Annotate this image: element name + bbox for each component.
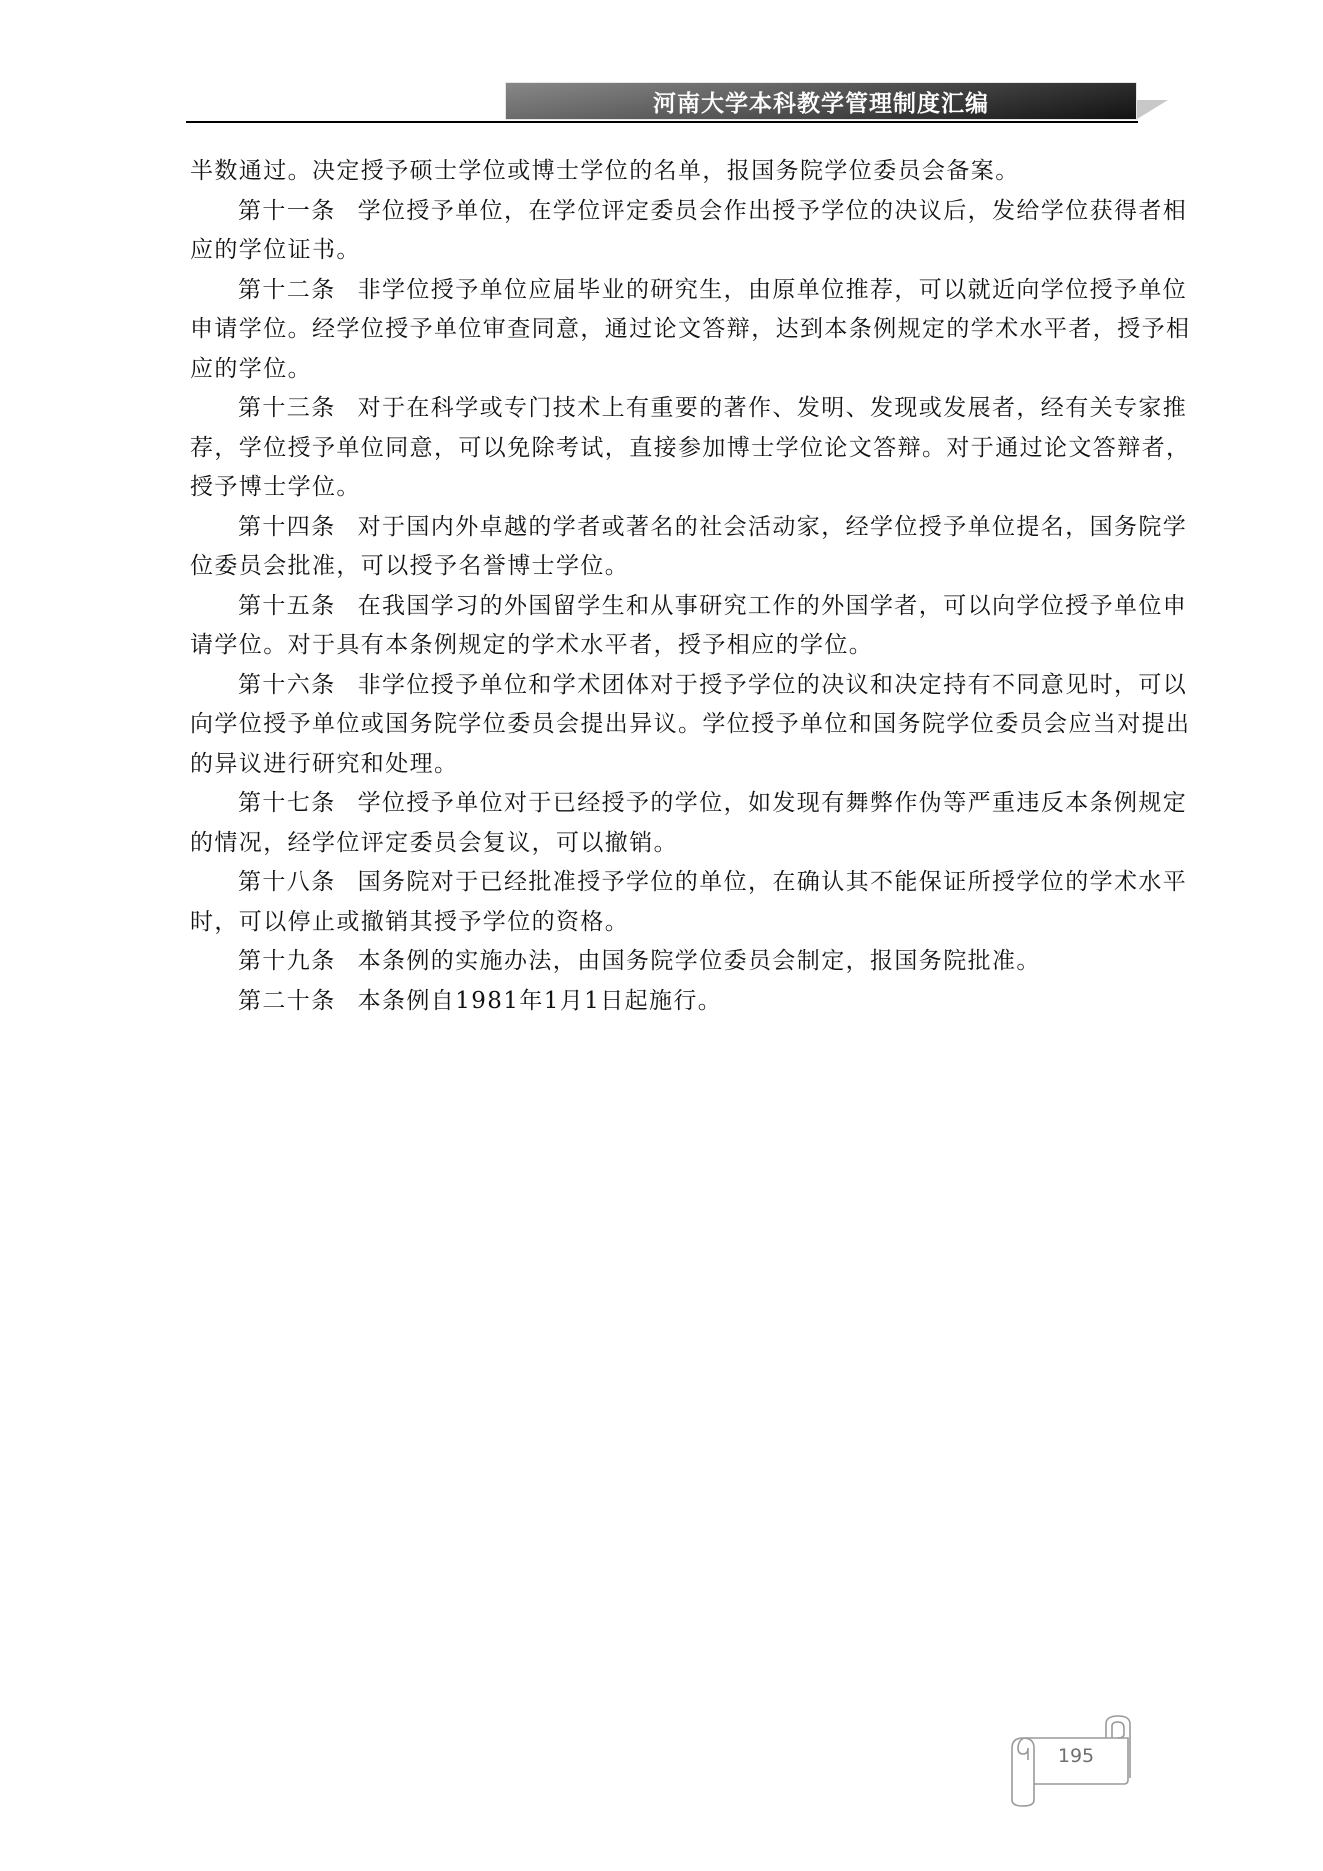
article-number: 第十一条 bbox=[238, 198, 336, 224]
line-text: 国务院对于已经批准授予学位的单位，在确认其不能保证所授学位的学术水平 bbox=[358, 869, 1188, 895]
article-number: 第十三条 bbox=[238, 395, 336, 421]
text-line: 申请学位。经学位授予单位审查同意，通过论文答辩，达到本条例规定的学术水平者，授予… bbox=[190, 310, 1142, 350]
text-line: 请学位。对于具有本条例规定的学术水平者，授予相应的学位。 bbox=[190, 626, 1142, 666]
article-number: 第十四条 bbox=[238, 514, 336, 540]
article-15: 第十五条在我国学习的外国留学生和从事研究工作的外国学者，可以向学位授予单位申 bbox=[190, 587, 1142, 627]
page-number: 195 bbox=[1040, 1745, 1112, 1767]
article-19: 第十九条本条例的实施办法，由国务院学位委员会制定，报国务院批准。 bbox=[190, 942, 1142, 982]
text-line: 应的学位证书。 bbox=[190, 231, 1142, 271]
article-14: 第十四条对于国内外卓越的学者或著名的社会活动家，经学位授予单位提名，国务院学 bbox=[190, 508, 1142, 548]
line-text: 学位授予单位，在学位评定委员会作出授予学位的决议后，发给学位获得者相 bbox=[358, 198, 1188, 224]
text-line: 的异议进行研究和处理。 bbox=[190, 745, 1142, 785]
line-text: 的情况，经学位评定委员会复议，可以撤销。 bbox=[190, 830, 678, 856]
article-20: 第二十条本条例自1981年1月1日起施行。 bbox=[190, 982, 1142, 1022]
article-number: 第二十条 bbox=[238, 988, 336, 1014]
line-text: 半数通过。决定授予硕士学位或博士学位的名单，报国务院学位委员会备案。 bbox=[190, 158, 1020, 184]
line-text: 应的学位。 bbox=[190, 356, 312, 382]
article-12: 第十二条非学位授予单位应届毕业的研究生，由原单位推荐，可以就近向学位授予单位 bbox=[190, 271, 1142, 311]
line-text: 荐，学位授予单位同意，可以免除考试，直接参加博士学位论文答辩。对于通过论文答辩者… bbox=[190, 435, 1190, 461]
line-text: 向学位授予单位或国务院学位委员会提出异议。学位授予单位和国务院学位委员会应当对提… bbox=[190, 711, 1190, 737]
article-number: 第十八条 bbox=[238, 869, 336, 895]
article-number: 第十五条 bbox=[238, 593, 336, 619]
text-line: 授予博士学位。 bbox=[190, 468, 1142, 508]
article-13: 第十三条对于在科学或专门技术上有重要的著作、发明、发现或发展者，经有关专家推 bbox=[190, 389, 1142, 429]
header-rule bbox=[186, 121, 1138, 123]
text-line: 时，可以停止或撤销其授予学位的资格。 bbox=[190, 903, 1142, 943]
line-text: 学位授予单位对于已经授予的学位，如发现有舞弊作伪等严重违反本条例规定 bbox=[358, 790, 1188, 816]
line-text: 应的学位证书。 bbox=[190, 237, 361, 263]
line-text: 非学位授予单位和学术团体对于授予学位的决议和决定持有不同意见时，可以 bbox=[358, 672, 1188, 698]
line-text: 的异议进行研究和处理。 bbox=[190, 751, 458, 777]
document-title: 河南大学本科教学管理制度汇编 bbox=[653, 85, 989, 118]
text-line: 位委员会批准，可以授予名誉博士学位。 bbox=[190, 547, 1142, 587]
line-text: 申请学位。经学位授予单位审查同意，通过论文答辩，达到本条例规定的学术水平者，授予… bbox=[190, 316, 1190, 342]
text-line: 半数通过。决定授予硕士学位或博士学位的名单，报国务院学位委员会备案。 bbox=[190, 152, 1142, 192]
document-body: 半数通过。决定授予硕士学位或博士学位的名单，报国务院学位委员会备案。 第十一条学… bbox=[190, 152, 1142, 1021]
article-18: 第十八条国务院对于已经批准授予学位的单位，在确认其不能保证所授学位的学术水平 bbox=[190, 863, 1142, 903]
article-number: 第十六条 bbox=[238, 672, 336, 698]
text-line: 荐，学位授予单位同意，可以免除考试，直接参加博士学位论文答辩。对于通过论文答辩者… bbox=[190, 429, 1142, 469]
line-text: 在我国学习的外国留学生和从事研究工作的外国学者，可以向学位授予单位申 bbox=[358, 593, 1188, 619]
text-line: 应的学位。 bbox=[190, 350, 1142, 390]
article-17: 第十七条学位授予单位对于已经授予的学位，如发现有舞弊作伪等严重违反本条例规定 bbox=[190, 784, 1142, 824]
line-text: 本条例的实施办法，由国务院学位委员会制定，报国务院批准。 bbox=[358, 948, 1041, 974]
article-16: 第十六条非学位授予单位和学术团体对于授予学位的决议和决定持有不同意见时，可以 bbox=[190, 666, 1142, 706]
line-text: 对于在科学或专门技术上有重要的著作、发明、发现或发展者，经有关专家推 bbox=[358, 395, 1188, 421]
line-text: 非学位授予单位应届毕业的研究生，由原单位推荐，可以就近向学位授予单位 bbox=[358, 277, 1188, 303]
line-text: 本条例自1981年1月1日起施行。 bbox=[358, 988, 723, 1014]
article-number: 第十七条 bbox=[238, 790, 336, 816]
article-number: 第十二条 bbox=[238, 277, 336, 303]
text-line: 向学位授予单位或国务院学位委员会提出异议。学位授予单位和国务院学位委员会应当对提… bbox=[190, 705, 1142, 745]
line-text: 授予博士学位。 bbox=[190, 474, 361, 500]
header-banner-fold bbox=[1137, 100, 1168, 119]
header-banner: 河南大学本科教学管理制度汇编 bbox=[506, 83, 1136, 119]
line-text: 位委员会批准，可以授予名誉博士学位。 bbox=[190, 553, 629, 579]
article-number: 第十九条 bbox=[238, 948, 336, 974]
line-text: 时，可以停止或撤销其授予学位的资格。 bbox=[190, 909, 629, 935]
article-11: 第十一条学位授予单位，在学位评定委员会作出授予学位的决议后，发给学位获得者相 bbox=[190, 192, 1142, 232]
line-text: 请学位。对于具有本条例规定的学术水平者，授予相应的学位。 bbox=[190, 632, 873, 658]
line-text: 对于国内外卓越的学者或著名的社会活动家，经学位授予单位提名，国务院学 bbox=[358, 514, 1188, 540]
text-line: 的情况，经学位评定委员会复议，可以撤销。 bbox=[190, 824, 1142, 864]
